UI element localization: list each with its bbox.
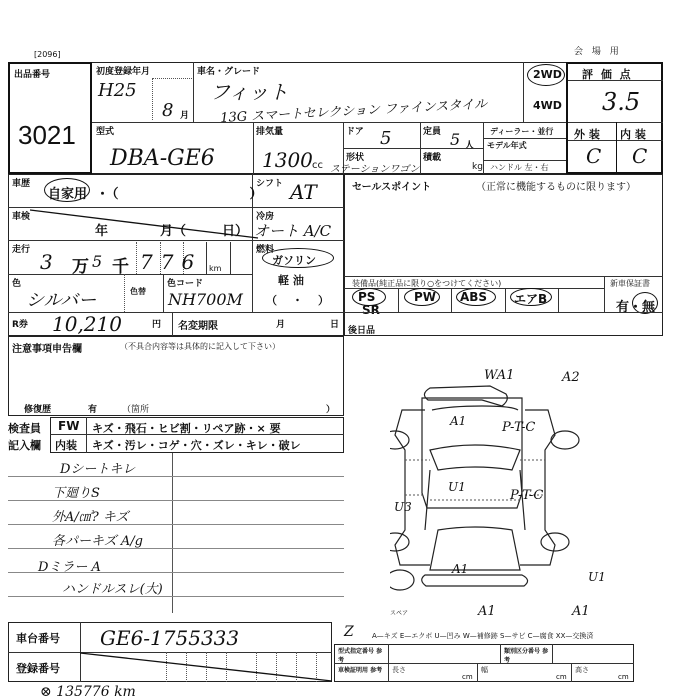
color-label: 色 bbox=[12, 276, 21, 289]
damage-label-front-right: A2 bbox=[562, 370, 580, 385]
displacement-value: 1300 bbox=[262, 148, 313, 172]
history-label: 車歴 bbox=[12, 176, 30, 189]
damage-label-rear-bumper-left: A1 bbox=[478, 604, 496, 619]
equipment-pw-circle bbox=[404, 288, 440, 306]
warranty-label: 新車保証書 bbox=[610, 278, 650, 289]
width-unit: cm bbox=[556, 673, 567, 681]
height-label: 高さ bbox=[575, 665, 589, 675]
notes-sub: （不具合内容等は具体的に記入して下さい） bbox=[120, 341, 280, 352]
load-label: 積載 bbox=[423, 150, 441, 163]
handle-label: ハンドル 左・右 bbox=[490, 162, 549, 173]
color-code-label: 色コード bbox=[167, 276, 203, 289]
repair-history-opt: 有 bbox=[88, 402, 97, 415]
repair-history-place: （箇所 bbox=[122, 402, 149, 415]
score-box: 評 価 点 3.5 外 装 内 装 C C bbox=[566, 62, 663, 174]
drive-4wd: 4WD bbox=[533, 99, 562, 112]
month-unit: 月 bbox=[180, 108, 189, 121]
equipment-abs-circle bbox=[456, 288, 496, 306]
name-change-label: 名変期限 bbox=[178, 317, 218, 332]
inspection-label: 車検 bbox=[12, 209, 30, 222]
capacity-label: 定員 bbox=[423, 124, 441, 137]
damage-label-rear-bumper-right: A1 bbox=[572, 604, 590, 619]
model-value: DBA-GE6 bbox=[110, 146, 215, 171]
inspector-label-1: 検査員 bbox=[8, 420, 41, 436]
load-unit: kg bbox=[472, 162, 483, 172]
warranty-selected-circle bbox=[632, 292, 658, 314]
footer-mileage-note: ⊗ 135776 km bbox=[40, 684, 136, 700]
capacity-unit: 人 bbox=[465, 138, 474, 151]
later-items-label: 後日品 bbox=[348, 323, 375, 336]
note-line-1: Dシートキレ bbox=[60, 458, 135, 477]
inspection-strike-line bbox=[30, 208, 260, 243]
shift-value: AT bbox=[290, 180, 317, 204]
color-value: シルバー bbox=[26, 286, 96, 312]
note-line-4: 各パーキズ A/g bbox=[52, 530, 143, 549]
interior-check-label: 内装 bbox=[55, 437, 77, 453]
note-line-2: 下廻りS bbox=[52, 482, 100, 501]
mileage-man: 3 bbox=[40, 250, 53, 274]
score-value: 3.5 bbox=[602, 88, 640, 116]
registration-month: 8 bbox=[162, 100, 173, 121]
drive-selected-circle bbox=[527, 64, 565, 86]
damage-legend: A—キズ E—エクボ U—凹み W—補修跡 S—サビ C—腐食 XX—交換済 bbox=[372, 631, 593, 641]
shift-label: シフト bbox=[256, 176, 283, 189]
note-line-3: 外A/㎠? キズ bbox=[52, 506, 129, 525]
notes-label: 注意事項申告欄 bbox=[12, 340, 82, 355]
damage-label-rear-right: U1 bbox=[588, 570, 606, 584]
interior-check-items: キズ・汚レ・コゲ・穴・ズレ・キレ・破レ bbox=[92, 437, 301, 453]
reference-code: [2096] bbox=[34, 50, 61, 59]
damage-label-left-side: U3 bbox=[394, 500, 412, 514]
registration-label: 初度登録年月 bbox=[96, 64, 150, 77]
cert-reference-label: 車検証明用 参考 bbox=[338, 665, 386, 674]
car-name: フィット bbox=[210, 76, 288, 105]
recycle-value: 10,210 bbox=[52, 312, 122, 336]
mileage-sen: 5 bbox=[92, 252, 102, 271]
damage-label-front-bumper: WA1 bbox=[484, 368, 514, 383]
door-value: 5 bbox=[380, 128, 391, 149]
legend-mark: Z bbox=[344, 624, 354, 640]
repair-history-label: 修復歴 bbox=[24, 402, 51, 415]
name-change-day: 日 bbox=[330, 317, 339, 330]
ac-value: オート A/C bbox=[254, 220, 331, 241]
damage-label-left-fender: A1 bbox=[450, 414, 466, 428]
history-circle bbox=[44, 178, 90, 202]
damage-label-roof: P-T-C bbox=[510, 488, 543, 503]
length-unit: cm bbox=[462, 673, 473, 681]
recycle-unit: 円 bbox=[152, 317, 161, 330]
fuel-diesel: 軽 油 bbox=[278, 272, 304, 288]
equipment-sr: SR bbox=[362, 303, 380, 317]
dealer-label: ディーラー・並行 bbox=[490, 126, 553, 137]
repair-history-close: ） bbox=[326, 402, 335, 415]
model-label: 型式 bbox=[96, 124, 114, 137]
mileage-label: 走行 bbox=[12, 242, 30, 255]
model-year-label: モデル年式 bbox=[487, 140, 562, 151]
sales-point-label: セールスポイント bbox=[352, 178, 431, 193]
fuel-other: （ ・ ） bbox=[266, 292, 331, 308]
fw-label: FW bbox=[58, 419, 79, 433]
damage-label-rear-left: A1 bbox=[452, 562, 468, 576]
length-label: 長さ bbox=[392, 665, 406, 675]
lot-label: 出品番号 bbox=[14, 67, 50, 80]
spare-label: スペア bbox=[390, 608, 408, 617]
plate-strike-line bbox=[80, 652, 332, 682]
body-shape-value: ステーションワゴン bbox=[330, 160, 419, 175]
lot-number: 3021 bbox=[18, 120, 76, 151]
note-line-6: ハンドルスレ(大) bbox=[62, 578, 163, 597]
width-label: 幅 bbox=[481, 665, 488, 675]
registration-year: H25 bbox=[98, 80, 137, 101]
door-label: ドア bbox=[346, 124, 364, 137]
mileage-unit: km bbox=[209, 264, 221, 273]
chassis-label: 車台番号 bbox=[16, 630, 60, 646]
note-line-5: Dミラー A bbox=[38, 556, 101, 575]
inspector-label-2: 記入欄 bbox=[8, 437, 41, 453]
type-number-label: 型式指定番号 参考 bbox=[338, 646, 386, 664]
capacity-value: 5 bbox=[450, 130, 460, 149]
fuel-selected-circle bbox=[262, 248, 334, 268]
sales-point-note: （正常に機能するものに限ります） bbox=[476, 178, 636, 193]
color-code: NH700M bbox=[168, 290, 243, 309]
equipment-airbag-circle bbox=[510, 288, 552, 306]
displacement-unit: cc bbox=[312, 160, 323, 171]
damage-label-hood: P-T-C bbox=[502, 420, 535, 435]
lot-box: 出品番号 3021 bbox=[8, 62, 92, 174]
mileage-rest: 776 bbox=[140, 250, 202, 274]
plate-label: 登録番号 bbox=[16, 660, 60, 676]
history-other: ・（ ） bbox=[96, 183, 266, 202]
displacement-label: 排気量 bbox=[256, 124, 283, 137]
venue-use-label: 会 場 用 bbox=[574, 44, 622, 57]
name-change-month: 月 bbox=[276, 317, 285, 330]
exterior-grade: C bbox=[586, 144, 601, 168]
chassis-number: GE6-1755333 bbox=[100, 626, 239, 650]
damage-label-left-door: U1 bbox=[448, 480, 466, 494]
recycle-label: R券 bbox=[12, 317, 28, 330]
fw-items: キズ・飛石・ヒビ割・リペア跡・× 要 bbox=[92, 420, 281, 436]
color-change-label: 色替 bbox=[130, 286, 146, 297]
category-number-label: 類別区分番号 参考 bbox=[504, 646, 550, 664]
interior-grade: C bbox=[632, 144, 647, 168]
height-unit: cm bbox=[618, 673, 629, 681]
